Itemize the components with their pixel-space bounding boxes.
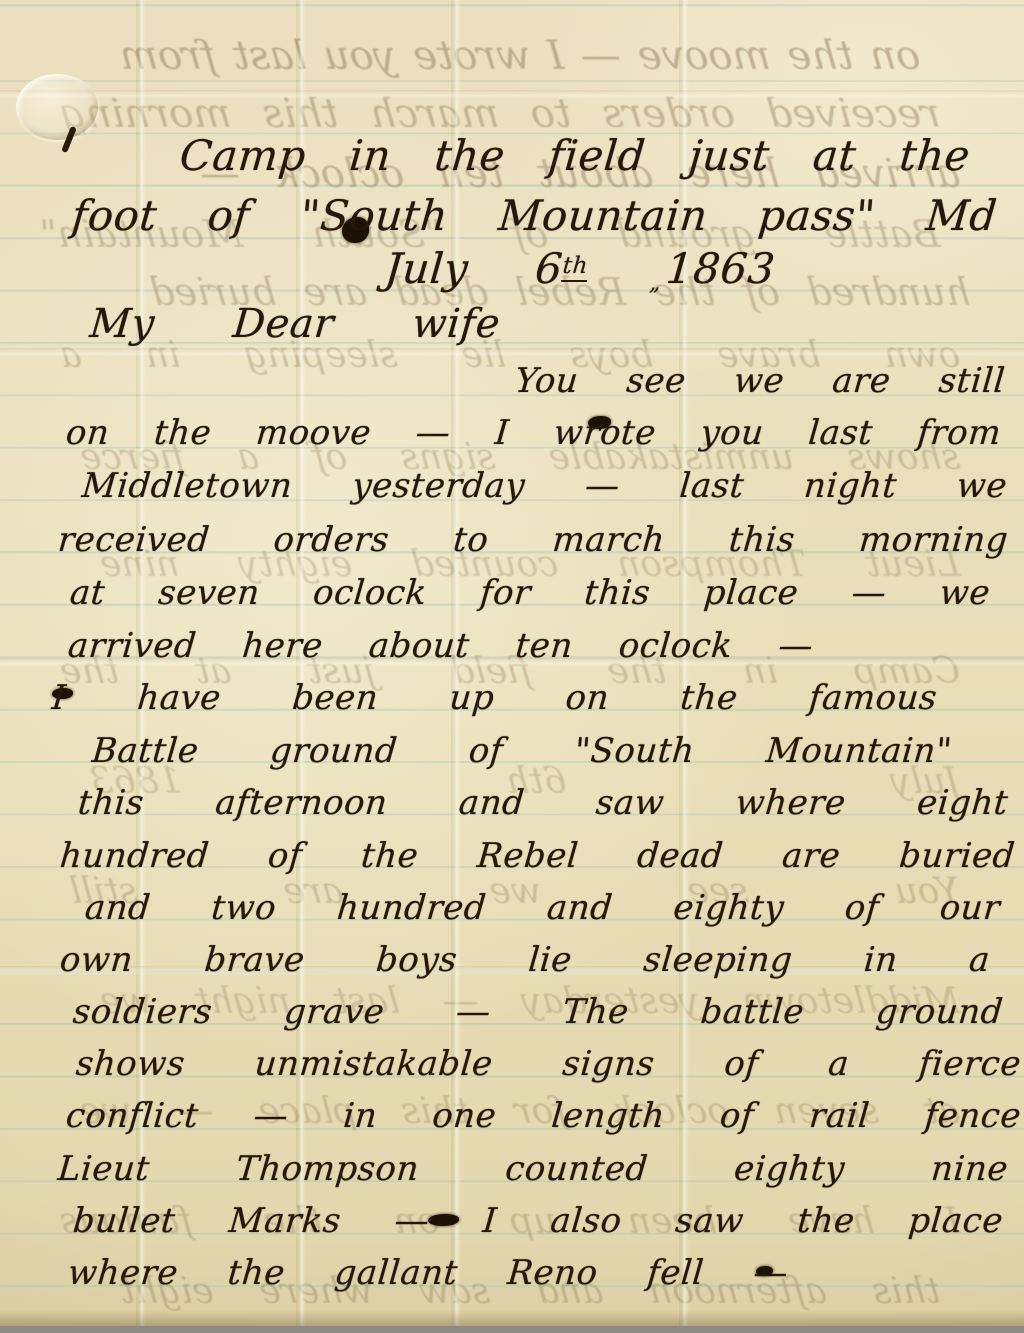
letter-line: You see we are still [513, 362, 1006, 401]
letter-line: shows unmistakable signs of a fierce [74, 1045, 1022, 1084]
letter-line: where the gallant Reno fell — [66, 1254, 789, 1293]
letter-line: arrived here about ten oclock — [66, 627, 814, 666]
letter-scan: on the moove — I wrote you last from rec… [0, 0, 1024, 1333]
letter-line: bullet Marks — I also saw the place [71, 1202, 1004, 1241]
letter-line: this afternoon and saw where eight [76, 784, 1009, 823]
letter-line: Middletown yesterday — last night we [80, 467, 1008, 506]
fold-crease-horizontal [0, 348, 1024, 357]
fold-crease-horizontal [0, 90, 1024, 99]
scanner-background-strip [0, 1326, 1024, 1333]
letter-line: Lieut Thompson counted eighty nine [56, 1150, 1009, 1189]
date-superscript: th [561, 253, 589, 282]
letter-line: conflict — in one length of rail fence [64, 1097, 1022, 1136]
letter-line-date: July 6th „1863 [383, 245, 777, 295]
letter-line: I have been up on the famous [50, 679, 938, 718]
page-bottom-shadow [0, 1310, 1024, 1326]
date-prefix: July 6 [383, 244, 565, 293]
date-mark: „ [649, 271, 662, 295]
letter-line: hundred of the Rebel dead are buried [58, 837, 1016, 876]
embossed-seal [16, 74, 98, 140]
letter-line: foot of "South Mountain pass" Md [70, 192, 999, 240]
letter-line: and two hundred and eighty of our [83, 889, 1001, 928]
letter-line: soldiers grave — The battle ground [71, 993, 1004, 1032]
letter-line: on the moove — I wrote you last from [64, 414, 1002, 453]
letter-line: received orders to march this morning [56, 521, 1009, 560]
letter-line: Camp in the field just at the [178, 132, 972, 180]
letter-line-salutation: My Dear wife [88, 301, 502, 347]
letter-line: at seven oclock for this place — we [68, 574, 991, 613]
letter-line: Battle ground of "South Mountain" [90, 732, 953, 771]
letter-line: own brave boys lie sleeping in a [58, 941, 991, 980]
date-year: 1863 [664, 244, 777, 293]
